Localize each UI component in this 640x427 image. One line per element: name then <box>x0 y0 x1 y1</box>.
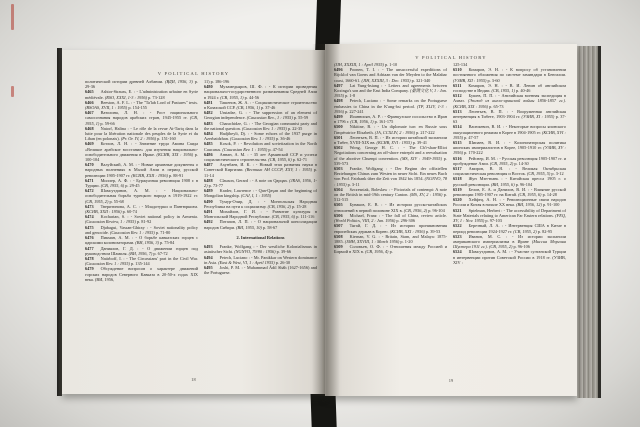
entry-text: Lai Yung-hsiang : - Letters and agreemen… <box>334 83 447 98</box>
entry-text: Иванов, М. С. : - Из истории экспансии а… <box>453 234 566 249</box>
bib-column: (JIH, XXXIII, 1 : April 1955) p. 1-10649… <box>334 62 447 265</box>
entry-text: Аннан, А. М. : - 35 лет Армянской ССР и … <box>204 152 317 162</box>
entry-text: Szczesniak, Boleslaw : - Pictorials of c… <box>334 187 447 202</box>
red-pen-mark <box>11 4 14 30</box>
section-heading: 2. International Relations <box>204 235 317 240</box>
entry-text: Бунаков, Е. В. : - Из истории русско-кит… <box>334 202 447 212</box>
entry-text: Petech, Luciano : - Some remarks on the … <box>334 98 447 113</box>
entry-text: Natirboff, I. : - The Circassians' part … <box>85 256 198 266</box>
bib-entry: 6501Леонтьев, В. П. : - Из истории китай… <box>334 135 447 145</box>
bib-entry: 6468Natorf, Halina : - Le rôle de la rev… <box>85 126 198 142</box>
bib-entry: 6499Иоаннисян, А. Р. : - Французское пос… <box>334 114 447 124</box>
bib-entry: 6467Ватолина, Л. Н. : - Рост национально… <box>85 110 198 126</box>
bib-entry: 6521Spielman, Herbert : - The accessibil… <box>453 208 566 224</box>
entry-text: Natorf, Halina : - Le rôle de la revue A… <box>85 126 198 141</box>
entry-text: Wong, George H. C. : - The Ch'i-shan-Ell… <box>334 145 447 166</box>
bib-entry: 6477Даниялов, Г. Д. : - О движении горце… <box>85 246 198 256</box>
entry-text: Тумур-Очир, Д. : - Монгольская Народная … <box>204 199 317 209</box>
entry-text: Ватолина, Л. Н. : - Рост национального с… <box>85 110 198 125</box>
entry-text: Комаров, Э. Н. : - К вопросу об установл… <box>453 67 566 82</box>
folio-number: 19 <box>325 378 577 383</box>
bib-entry: 6496Poonen, T. I. : - The unsuccessful e… <box>334 67 447 83</box>
text-columns: политической истории древней Албании. (В… <box>85 79 317 282</box>
entry-text: Бушев, П. П. : - Английская военная эксп… <box>453 93 566 108</box>
bib-entry: 6524Шамсутдинов, А. М. : - Участие султа… <box>453 249 566 265</box>
entry-text: Franke, Wolfgang : - Der westliche Kolon… <box>204 244 317 254</box>
bib-entry: 6481Ташенов, Ж. А. : - Социалистическое … <box>204 100 317 110</box>
entry-text: Даниялов, Г. Д. : - О движении горцев по… <box>85 246 198 256</box>
entry-text: Котлов, Л. Н. : - Значение труда Амина С… <box>85 141 198 162</box>
entry-text: Michael, Franz : - The fall of China, re… <box>334 213 447 223</box>
left-page: V POLITICAL HISTORY политической истории… <box>62 50 325 394</box>
entry-text: Beeston, A. F. L. : - The "Ta'lab Lord o… <box>85 100 198 110</box>
entry-text: Леонтьев, В. П. : - Из истории китайской… <box>334 135 447 145</box>
entry-text: Krader, Lawrence : - Qan-Qaγan and the b… <box>204 188 317 198</box>
entry-text: политической истории древней Албании. (В… <box>85 79 198 89</box>
bib-entry: 6493Franke, Wolfgang : - Der westliche K… <box>204 244 317 254</box>
bib-entry: 6523Иванов, М. С. : - Из истории экспанс… <box>453 234 566 250</box>
bib-entry: 6503Franke, Wolfgang : - Der Beginn der … <box>334 166 447 187</box>
bib-entry: 6482Urutadze, G. : - The suppression of … <box>204 110 317 120</box>
right-page: V POLITICAL HISTORY (JIH, XXXIII, 1 : Ap… <box>325 44 577 396</box>
entry-text: Соловьев, О. Ф. : - Отношения между Росс… <box>334 244 447 254</box>
entry-text: Березный, Л. А. : - Интервенция США в Ки… <box>453 223 566 233</box>
entry-text: Тягай, Г. Д. : - Из истории проникновени… <box>334 223 447 233</box>
entry-text: Мухамедьяров, Ш. Ф. : - К истории провед… <box>204 84 317 99</box>
bib-entry: 6505Бунаков, Е. В. : - Из истории русско… <box>334 202 447 212</box>
bib-entry: 6507Тягай, Г. Д. : - Из истории проникно… <box>334 223 447 233</box>
bib-entry: 6466Beeston, A. F. L. : - The "Ta'lab Lo… <box>85 100 198 110</box>
bib-column: политической истории древней Албании. (В… <box>85 79 198 282</box>
bib-entry: 6488Clauson, Gerard : - A note on Qapqan… <box>204 178 317 188</box>
bib-entry: 6518Жун Мэн-юань : - Китайская пресса 19… <box>453 176 566 186</box>
entry-text: Потапов, Л. П. : - О национальной консол… <box>204 219 317 229</box>
entry-text: Hadjibeyli, Dj. : - Some echoes of the 1… <box>204 131 317 141</box>
entry-text: Обсуждение вопросов о характере движений… <box>85 266 198 281</box>
entry-text: Валуйский, А. М. : - Новые архивные доку… <box>85 162 198 177</box>
bib-entry: 6498Petech, Luciano : - Some remarks on … <box>334 98 447 114</box>
entry-text: Амиров, В. Я. : - Великая Октябрьская со… <box>453 166 566 176</box>
bib-entry: 6489Krader, Lawrence : - Qan-Qaγan and t… <box>204 188 317 198</box>
entry-text: Ахунбаев, И. К. : - Новый этап развития … <box>204 162 317 177</box>
entry-text: Белов, Е. А. и Данилов, В. И. : - Влияни… <box>453 187 566 197</box>
book-photo-backdrop: V POLITICAL HISTORY политической истории… <box>0 0 640 427</box>
bib-entry: политической истории древней Албании. (В… <box>85 79 198 89</box>
bib-column: 125-1346510Комаров, Э. Н. : - К вопросу … <box>453 62 566 265</box>
bib-entry: 6495Joshi, P. M. : - Muhammad Ādil Shāh … <box>204 265 317 275</box>
bib-entry: 6483Charachidze, G. : - The Georgian com… <box>204 121 317 131</box>
bib-entry: 6502Wong, George H. C. : - The Ch'i-shan… <box>334 145 447 166</box>
folio-number: 18 <box>62 377 325 382</box>
text-columns: (JIH, XXXIII, 1 : April 1955) p. 1-10649… <box>334 62 566 265</box>
bib-entry: 6470Валуйский, А. М. : - Новые архивные … <box>85 162 198 178</box>
bib-entry: 6487Ахунбаев, И. К. : - Новый этап разви… <box>204 162 317 178</box>
entry-text: Franke, Wolfgang : - Der Beginn der offi… <box>334 166 447 187</box>
bib-entry: 6508Kiernan, V. G. : - Britain, Siam, an… <box>334 234 447 244</box>
entry-text: Kiernan, V. G. : - Britain, Siam, and Ma… <box>334 234 447 244</box>
entry-text: Kosok, P. : - Revolution and sovietizati… <box>204 141 317 151</box>
bib-entry: 6519Белов, Е. А. и Данилов, В. И. : - Вл… <box>453 187 566 197</box>
entry-text: Тверитинова, А. С. : - Младотурки и Пант… <box>85 204 198 214</box>
entry-text: Васюкевич, В. И. : - Некоторые вопросы я… <box>453 124 566 139</box>
bib-entry: 6486Аннан, А. М. : - 35 лет Армянской СС… <box>204 152 317 162</box>
bib-entry: 6506Michael, Franz : - The fall of China… <box>334 213 447 223</box>
bib-entry: 6478Natirboff, I. : - The Circassians' p… <box>85 256 198 266</box>
bib-entry: 6474Kocharian, S. : - Soviet national po… <box>85 214 198 224</box>
red-pen-mark <box>11 86 14 97</box>
bib-entry: 6473Тверитинова, А. С. : - Младотурки и … <box>85 204 198 214</box>
bib-entry: 6504Szczesniak, Boleslaw : - Pictorials … <box>334 187 447 203</box>
running-head: V POLITICAL HISTORY <box>62 71 325 76</box>
entry-text: Joshi, P. M. : - Muhammad Ādil Shāh (162… <box>204 265 317 275</box>
entry-text: Леонтьев, В. П. : - Вооруженная английск… <box>453 109 566 124</box>
entry-text: Шипаев, В. И. : - Колонизаторская полити… <box>453 140 566 155</box>
bib-entry: 6494Petech, Luciano : - Mr. Panikkar on … <box>204 255 317 265</box>
bib-entry: 6517Амиров, В. Я. : - Великая Октябрьска… <box>453 166 566 176</box>
entry-text: Рейснер, И. М. : - Русская революция 190… <box>453 156 566 166</box>
bib-entry: 6475Djabagui, Vassan-Ghiray : - Soviet n… <box>85 225 198 235</box>
entry-text: Charachidze, G. : - The Georgian communi… <box>204 121 317 131</box>
bib-entry: 6479Обсуждение вопросов о характере движ… <box>85 266 198 282</box>
bib-entry: 6516Рейснер, И. М. : - Русская революция… <box>453 156 566 166</box>
bib-entry: 6471Миллер, А. Ф. : - Буржуазная революц… <box>85 178 198 188</box>
bib-entry: 6513Леонтьев, В. П. : - Вооруженная англ… <box>453 109 566 125</box>
entry-text: Urutadze, G. : - The suppression of an e… <box>204 110 317 120</box>
bib-entry: 6480Мухамедьяров, Ш. Ф. : - К истории пр… <box>204 84 317 100</box>
entry-text: Хейфец, А. Н. : - Революционные связи на… <box>453 197 566 207</box>
bib-entry: 6522Березный, Л. А. : - Интервенция США … <box>453 223 566 233</box>
entry-text: Шамсутдинов, А. М. : - Национально-освоб… <box>85 188 198 203</box>
entry-text: Иоаннисян, А. Р. : - Французское посольс… <box>334 114 447 124</box>
entry-text: Ташенов, Ж. А. : - Социалистическое стро… <box>204 100 317 110</box>
bib-entry: 6491Михайлов, Г. И. : - Развитие культур… <box>204 209 317 219</box>
entry-text: Poonen, T. I. : - The unsuccessful exped… <box>334 67 447 82</box>
entry-text: Djabagui, Vassan-Ghiray : - Soviet natio… <box>85 225 198 235</box>
bib-entry: 6520Хейфец, А. Н. : - Революционные связ… <box>453 197 566 207</box>
page-fore-edge <box>577 46 601 398</box>
bib-entry: 6465Ashtor-Strauss, E. : - L'administrat… <box>85 89 198 99</box>
bib-entry: 6512Бушев, П. П. : - Английская военная … <box>453 93 566 109</box>
bib-entry: 6511Комаров, Э. Н. : - В. И. Ленин об ан… <box>453 83 566 93</box>
bib-entry: 6510Комаров, Э. Н. : - К вопросу об уста… <box>453 67 566 83</box>
bib-entry: 6497Lai Yung-hsiang : - Letters and agre… <box>334 83 447 99</box>
bib-entry: 6476Пикман, А. М. : - О борьбе кавказски… <box>85 235 198 245</box>
bib-entry: 6509Соловьев, О. Ф. : - Отношения между … <box>334 244 447 254</box>
entry-text: Жун Мэн-юань : - Китайская пресса 1905 г… <box>453 176 566 186</box>
bib-entry: 6484Hadjibeyli, Dj. : - Some echoes of t… <box>204 131 317 141</box>
bib-entry: 6485Kosok, P. : - Revolution and sovieti… <box>204 141 317 151</box>
entry-text: Spielman, Herbert : - The accessibility … <box>453 208 566 223</box>
bib-entry: 6469Котлов, Л. Н. : - Значение труда Ами… <box>85 141 198 162</box>
entry-text: Petech, Luciano : - Mr. Panikkar on West… <box>204 255 317 265</box>
entry-text: Kocharian, S. : - Soviet national policy… <box>85 214 198 224</box>
running-head: V POLITICAL HISTORY <box>325 55 577 60</box>
bib-entry: 6514Васюкевич, В. И. : - Некоторые вопро… <box>453 124 566 140</box>
entry-text: Комаров, Э. Н. : - В. И. Ленин об англий… <box>453 83 566 93</box>
entry-text: Михайлов, Г. И. : - Развитие культуры в … <box>204 209 317 219</box>
entry-text: Nikitine, B. : - Un diplomate turc en Ru… <box>334 124 447 134</box>
gutter-shadow <box>312 44 340 396</box>
entry-text: Пикман, А. М. : - О борьбе кавказских го… <box>85 235 198 245</box>
entry-text: Clauson, Gerard : - A note on Qapqan. (J… <box>204 178 317 188</box>
bib-entry: 6515Шипаев, В. И. : - Колонизаторская по… <box>453 140 566 156</box>
entry-text: Ashtor-Strauss, E. : - L'administration … <box>85 89 198 99</box>
bib-entry: 6492Потапов, Л. П. : - О национальной ко… <box>204 219 317 229</box>
bib-column: 11) p. 186-1966480Мухамедьяров, Ш. Ф. : … <box>204 79 317 282</box>
bib-entry: 6490Тумур-Очир, Д. : - Монгольская Народ… <box>204 199 317 209</box>
bib-entry: 6500Nikitine, B. : - Un diplomate turc e… <box>334 124 447 134</box>
entry-text: Миллер, А. Ф. : - Буржуазная революция 1… <box>85 178 198 188</box>
bib-entry: 6472Шамсутдинов, А. М. : - Национально-о… <box>85 188 198 204</box>
entry-text: Шамсутдинов, А. М. : - Участие султанско… <box>453 249 566 264</box>
